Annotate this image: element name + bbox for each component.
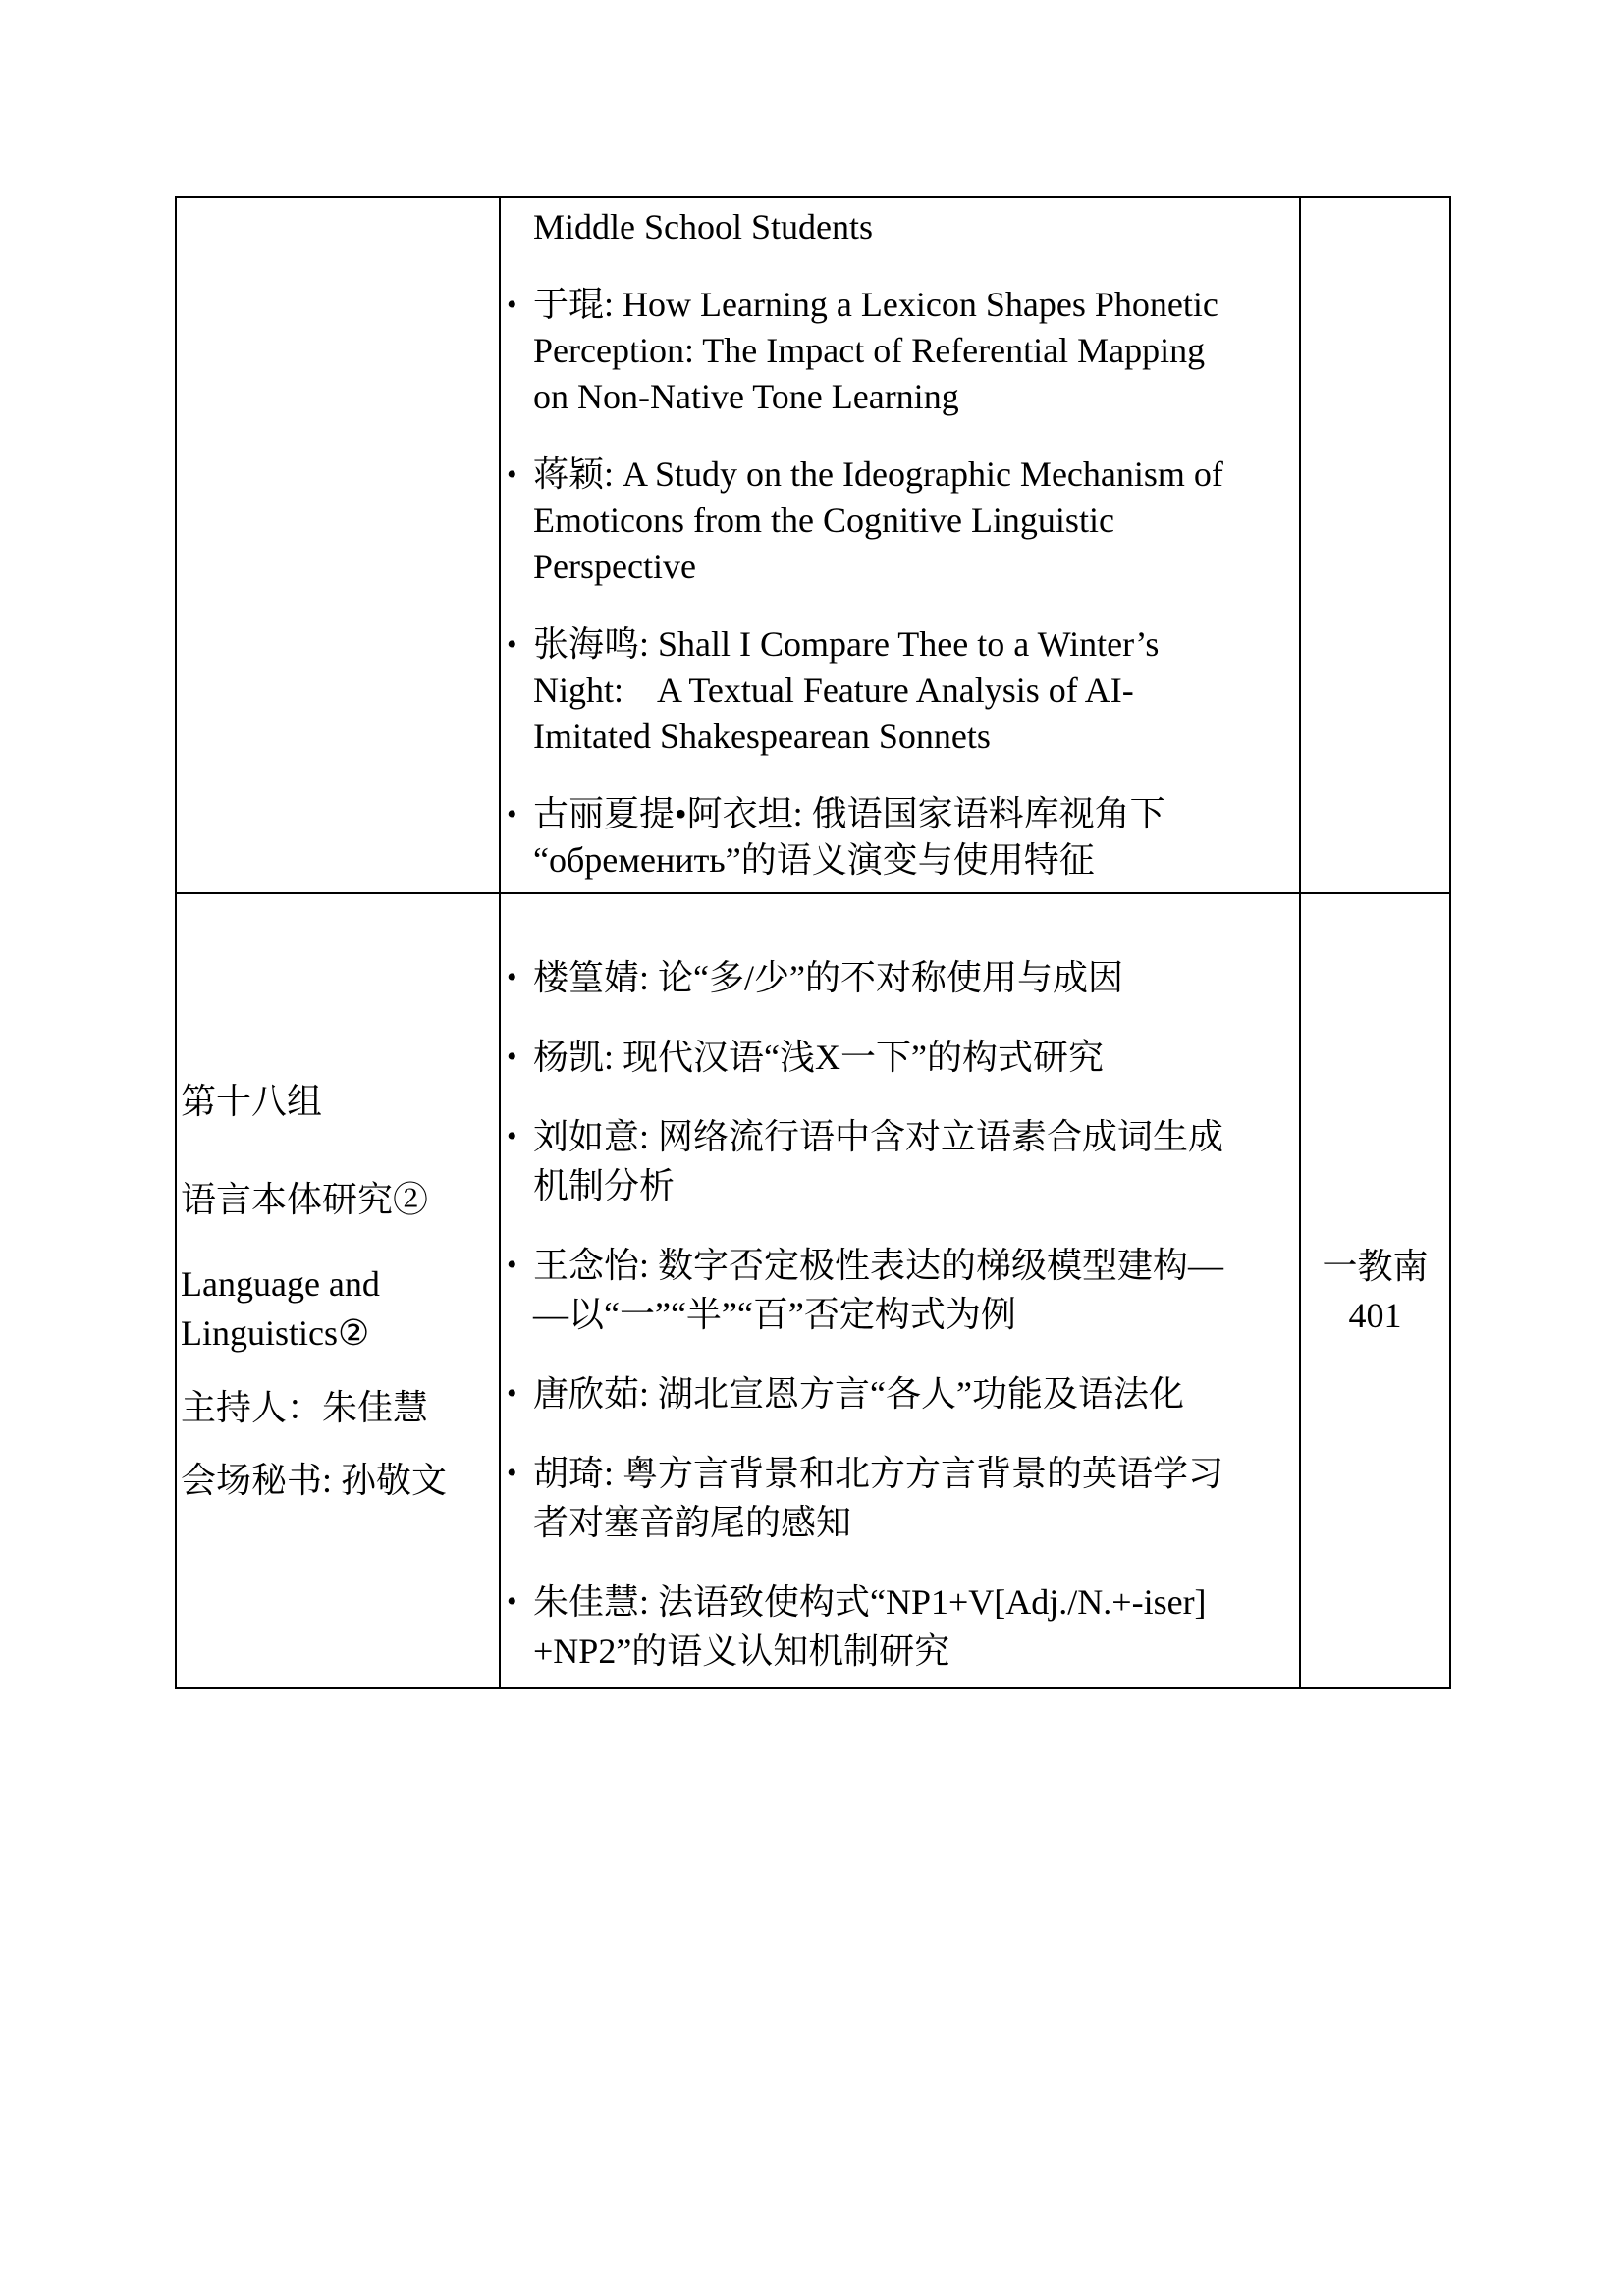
text-line: 唐欣茹: 湖北宣恩方言“各人”功能及语法化 (533, 1369, 1295, 1418)
continuation-line: Middle School Students (533, 204, 1295, 250)
paper-title: 刘如意: 网络流行语中含对立语素合成词生成机制分析 (533, 1112, 1295, 1210)
text-line: Perception: The Impact of Referential Ma… (533, 328, 1295, 374)
text-line: Imitated Shakespearean Sonnets (533, 714, 1295, 760)
text-line: Linguistics② (181, 1308, 499, 1358)
text-line: 于琨: How Learning a Lexicon Shapes Phonet… (533, 282, 1295, 328)
paper-title: 张海鸣: Shall I Compare Thee to a Winter’sN… (533, 621, 1295, 760)
paper-title: 朱佳慧: 法语致使构式“NP1+V[Adj./N.+-iser]+NP2”的语义… (533, 1577, 1295, 1676)
text-line: 语言本体研究② (181, 1175, 499, 1224)
row2-room-cell: 一教南401 (1301, 894, 1449, 1687)
row2-group-info: 第十八组 语言本体研究②Language andLinguistics②主持人：… (181, 1077, 499, 1505)
paper-item: •张海鸣: Shall I Compare Thee to a Winter’s… (507, 621, 1295, 760)
bullet-icon: • (507, 282, 533, 328)
paper-item: •古丽夏提•阿衣坦: 俄语国家语料库视角下“обременить”的语义演变与使… (507, 791, 1295, 883)
paper-title: 杨凯: 现代汉语“浅X一下”的构式研究 (533, 1033, 1295, 1082)
bullet-icon: • (507, 791, 533, 837)
row2-group-cell: 第十八组 语言本体研究②Language andLinguistics②主持人：… (177, 894, 501, 1687)
bullet-icon: • (507, 1449, 533, 1498)
text-line: 朱佳慧: 法语致使构式“NP1+V[Adj./N.+-iser] (533, 1577, 1295, 1627)
text-line: 刘如意: 网络流行语中含对立语素合成词生成 (533, 1112, 1295, 1161)
paper-title: 胡琦: 粤方言背景和北方方言背景的英语学习者对塞音韵尾的感知 (533, 1449, 1295, 1547)
paper-item: •胡琦: 粤方言背景和北方方言背景的英语学习者对塞音韵尾的感知 (507, 1449, 1295, 1547)
bullet-icon: • (507, 1369, 533, 1418)
paper-item: •蒋颖: A Study on the Ideographic Mechanis… (507, 452, 1295, 590)
text-line: 一教南 (1322, 1242, 1428, 1291)
paper-item: •刘如意: 网络流行语中含对立语素合成词生成机制分析 (507, 1112, 1295, 1210)
paper-title: 王念怡: 数字否定极性表达的梯级模型建构——以“一”“半”“百”否定构式为例 (533, 1241, 1295, 1339)
document-page: Middle School Students •于琨: How Learning… (0, 0, 1624, 2296)
text-line: 杨凯: 现代汉语“浅X一下”的构式研究 (533, 1033, 1295, 1082)
text-line: 者对塞音韵尾的感知 (533, 1498, 1295, 1547)
row1-room-cell (1301, 198, 1449, 894)
paper-title: 唐欣茹: 湖北宣恩方言“各人”功能及语法化 (533, 1369, 1295, 1418)
text-line: 主持人：朱佳慧 (181, 1383, 499, 1432)
text-line: 蒋颖: A Study on the Ideographic Mechanism… (533, 452, 1295, 498)
paper-item: •王念怡: 数字否定极性表达的梯级模型建构——以“一”“半”“百”否定构式为例 (507, 1241, 1295, 1339)
text-line: 胡琦: 粤方言背景和北方方言背景的英语学习 (533, 1449, 1295, 1498)
text-line: 机制分析 (533, 1161, 1295, 1210)
text-line: “обременить”的语义演变与使用特征 (533, 837, 1295, 883)
text-line: +NP2”的语义认知机制研究 (533, 1627, 1295, 1676)
text-line: —以“一”“半”“百”否定构式为例 (533, 1290, 1295, 1339)
row1-group-cell (177, 198, 501, 894)
text-line: Perspective (533, 544, 1295, 590)
text-line (181, 1126, 499, 1175)
row2-papers-cell: •楼篁婧: 论“多/少”的不对称使用与成因•杨凯: 现代汉语“浅X一下”的构式研… (501, 894, 1301, 1687)
bullet-icon: • (507, 621, 533, 667)
row2-paper-list: •楼篁婧: 论“多/少”的不对称使用与成因•杨凯: 现代汉语“浅X一下”的构式研… (507, 953, 1295, 1676)
bullet-icon: • (507, 1112, 533, 1161)
text-line: Emoticons from the Cognitive Linguistic (533, 498, 1295, 544)
paper-title: 楼篁婧: 论“多/少”的不对称使用与成因 (533, 953, 1295, 1002)
text-line: 401 (1322, 1291, 1428, 1340)
text-line: 楼篁婧: 论“多/少”的不对称使用与成因 (533, 953, 1295, 1002)
paper-item: •楼篁婧: 论“多/少”的不对称使用与成因 (507, 953, 1295, 1002)
paper-title: 于琨: How Learning a Lexicon Shapes Phonet… (533, 282, 1295, 420)
paper-title: 古丽夏提•阿衣坦: 俄语国家语料库视角下“обременить”的语义演变与使用… (533, 791, 1295, 883)
paper-title: 蒋颖: A Study on the Ideographic Mechanism… (533, 452, 1295, 590)
paper-item: •于琨: How Learning a Lexicon Shapes Phone… (507, 282, 1295, 420)
bullet-icon: • (507, 1577, 533, 1627)
paper-item: •朱佳慧: 法语致使构式“NP1+V[Adj./N.+-iser]+NP2”的语… (507, 1577, 1295, 1676)
text-line: Night: A Textual Feature Analysis of AI- (533, 667, 1295, 714)
text-line: Language and (181, 1259, 499, 1308)
bullet-icon: • (507, 452, 533, 498)
bullet-icon: • (507, 1241, 533, 1290)
text-line: 第十八组 (181, 1077, 499, 1126)
text-line: 古丽夏提•阿衣坦: 俄语国家语料库视角下 (533, 791, 1295, 837)
text-line: 会场秘书: 孙敬文 (181, 1456, 499, 1505)
row2-room-lines: 一教南401 (1322, 1242, 1428, 1340)
row1-papers-cell: Middle School Students •于琨: How Learning… (501, 198, 1301, 894)
text-line: 王念怡: 数字否定极性表达的梯级模型建构— (533, 1241, 1295, 1290)
paper-item: •唐欣茹: 湖北宣恩方言“各人”功能及语法化 (507, 1369, 1295, 1418)
paper-item: •杨凯: 现代汉语“浅X一下”的构式研究 (507, 1033, 1295, 1082)
bullet-icon: • (507, 953, 533, 1002)
row1-paper-list: •于琨: How Learning a Lexicon Shapes Phone… (507, 282, 1295, 883)
text-line: on Non-Native Tone Learning (533, 374, 1295, 420)
text-line: 张海鸣: Shall I Compare Thee to a Winter’s (533, 621, 1295, 667)
conference-schedule-table: Middle School Students •于琨: How Learning… (175, 196, 1451, 1689)
bullet-icon: • (507, 1033, 533, 1082)
